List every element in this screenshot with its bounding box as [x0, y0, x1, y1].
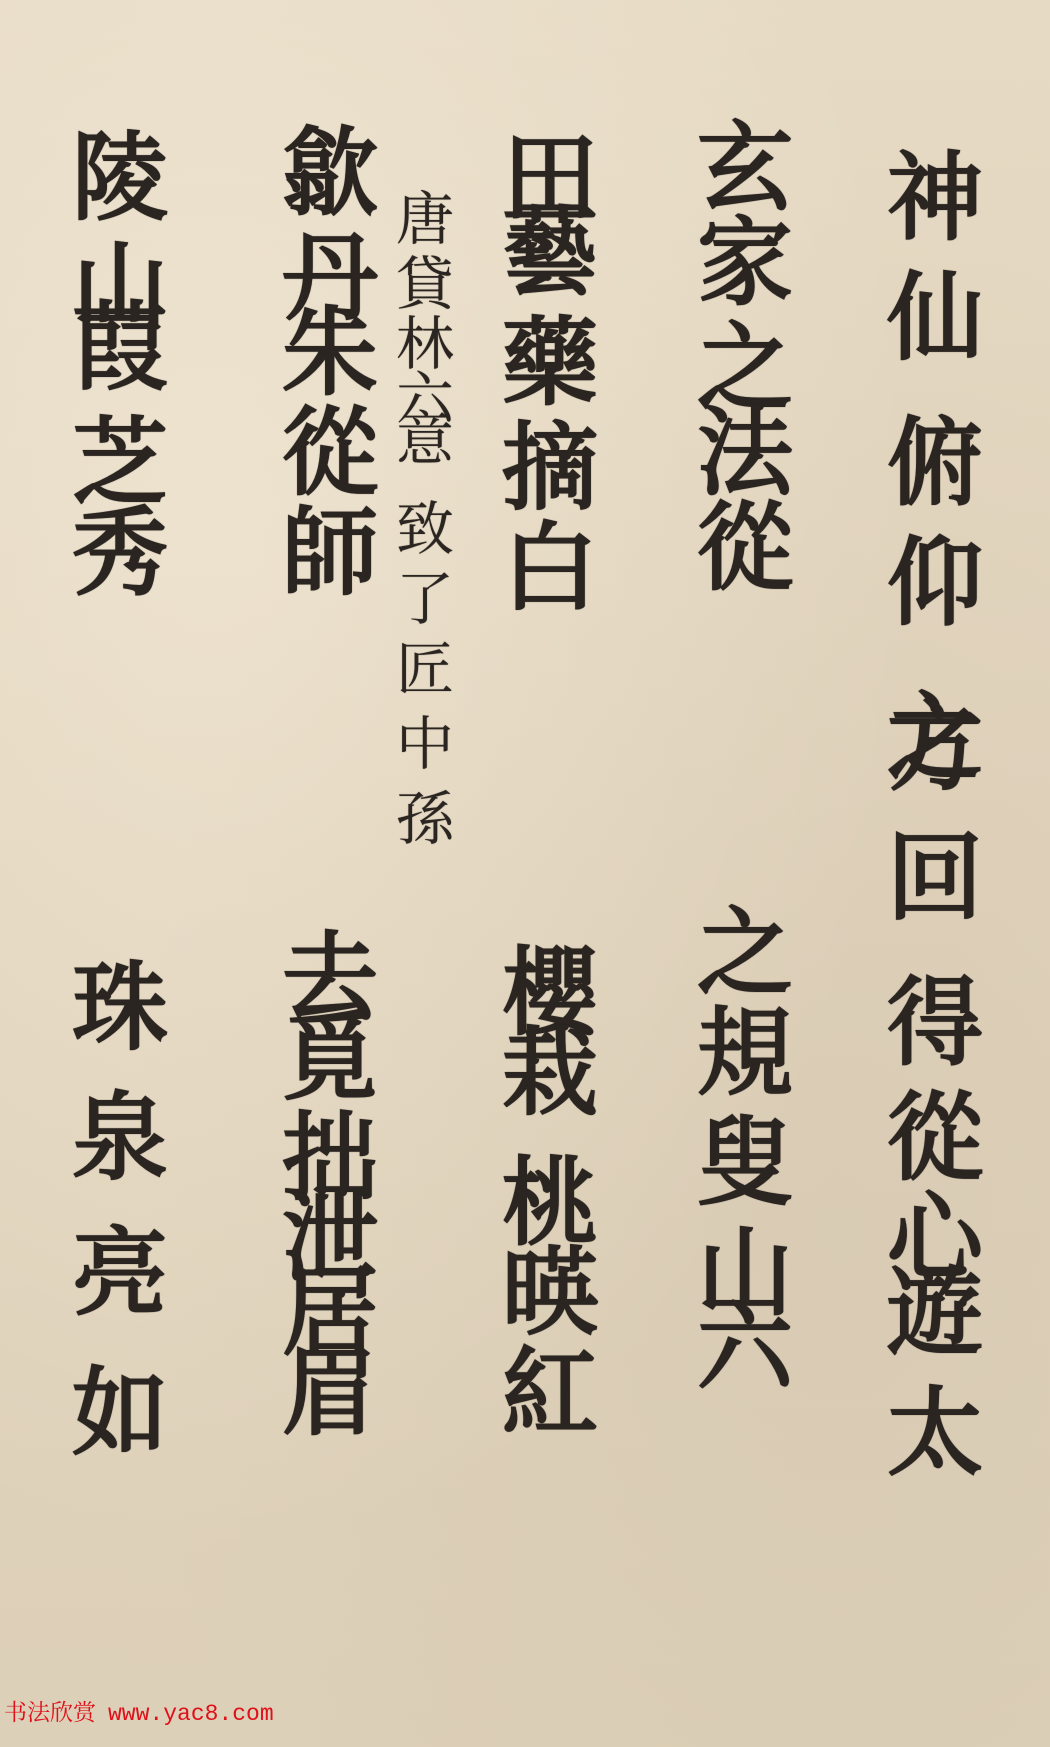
calligraphy-character: 叟 — [697, 1115, 793, 1211]
calligraphy-character: 規 — [697, 1005, 793, 1101]
calligraphy-character: 從 — [697, 500, 793, 596]
calligraphy-character: 法 — [697, 405, 793, 501]
annotation-character: 匠 — [396, 640, 454, 698]
watermark: 书法欣赏www.yac8.com — [4, 1694, 274, 1727]
calligraphy-character: 回 — [887, 830, 983, 926]
calligraphy-character: 之 — [697, 905, 793, 1001]
calligraphy-character: 六 — [697, 1300, 793, 1396]
annotation-character: 了 — [396, 570, 454, 628]
calligraphy-character: 如 — [72, 1365, 168, 1461]
annotation-character: 孫 — [396, 790, 454, 848]
calligraphy-character: 摘 — [502, 420, 598, 516]
calligraphy-character: 家 — [697, 215, 793, 311]
calligraphy-character: 得 — [887, 975, 983, 1071]
calligraphy-character: 葭 — [72, 300, 168, 396]
calligraphy-character: 藝 — [502, 205, 598, 301]
calligraphy-character: 覓 — [282, 1010, 378, 1106]
calligraphy-character: 玄 — [697, 120, 793, 216]
annotation-character: 唐 — [396, 190, 454, 248]
calligraphy-character: 眉 — [282, 1345, 378, 1441]
calligraphy-character: 紅 — [502, 1345, 598, 1441]
calligraphy-character: 栽 — [502, 1025, 598, 1121]
calligraphy-character: 陵 — [72, 130, 168, 226]
calligraphy-character: 從 — [282, 405, 378, 501]
calligraphy-character: 暎 — [502, 1245, 598, 1341]
calligraphy-character: 仰 — [887, 535, 983, 631]
calligraphy-character: 白 — [502, 520, 598, 616]
calligraphy-character: 方 — [887, 700, 983, 796]
calligraphy-character: 俯 — [887, 415, 983, 511]
calligraphy-character: 太 — [887, 1385, 983, 1481]
watermark-url: www.yac8.com — [108, 1701, 274, 1727]
calligraphy-paper: 神仙俯仰之方回得從心遊太玄家之法從之規叟山六田藝藥摘白櫻栽桃暎紅歙丹朱從師去覓拙… — [0, 0, 1050, 1747]
annotation-character: 致 — [396, 500, 454, 558]
calligraphy-character: 珠 — [72, 960, 168, 1056]
calligraphy-character: 泉 — [72, 1090, 168, 1186]
calligraphy-character: 仙 — [887, 270, 983, 366]
calligraphy-character: 神 — [887, 150, 983, 246]
annotation-character: 意 — [396, 410, 454, 468]
calligraphy-character: 遊 — [887, 1265, 983, 1361]
annotation-character: 貸 — [396, 255, 454, 313]
calligraphy-character: 藥 — [502, 315, 598, 411]
annotation-character: 中 — [396, 715, 454, 773]
calligraphy-character: 朱 — [282, 305, 378, 401]
calligraphy-character: 歙 — [282, 125, 378, 221]
watermark-label: 书法欣赏 — [4, 1700, 96, 1726]
calligraphy-character: 亮 — [72, 1225, 168, 1321]
calligraphy-character: 師 — [282, 505, 378, 601]
calligraphy-character: 秀 — [72, 505, 168, 601]
calligraphy-character: 從 — [887, 1090, 983, 1186]
